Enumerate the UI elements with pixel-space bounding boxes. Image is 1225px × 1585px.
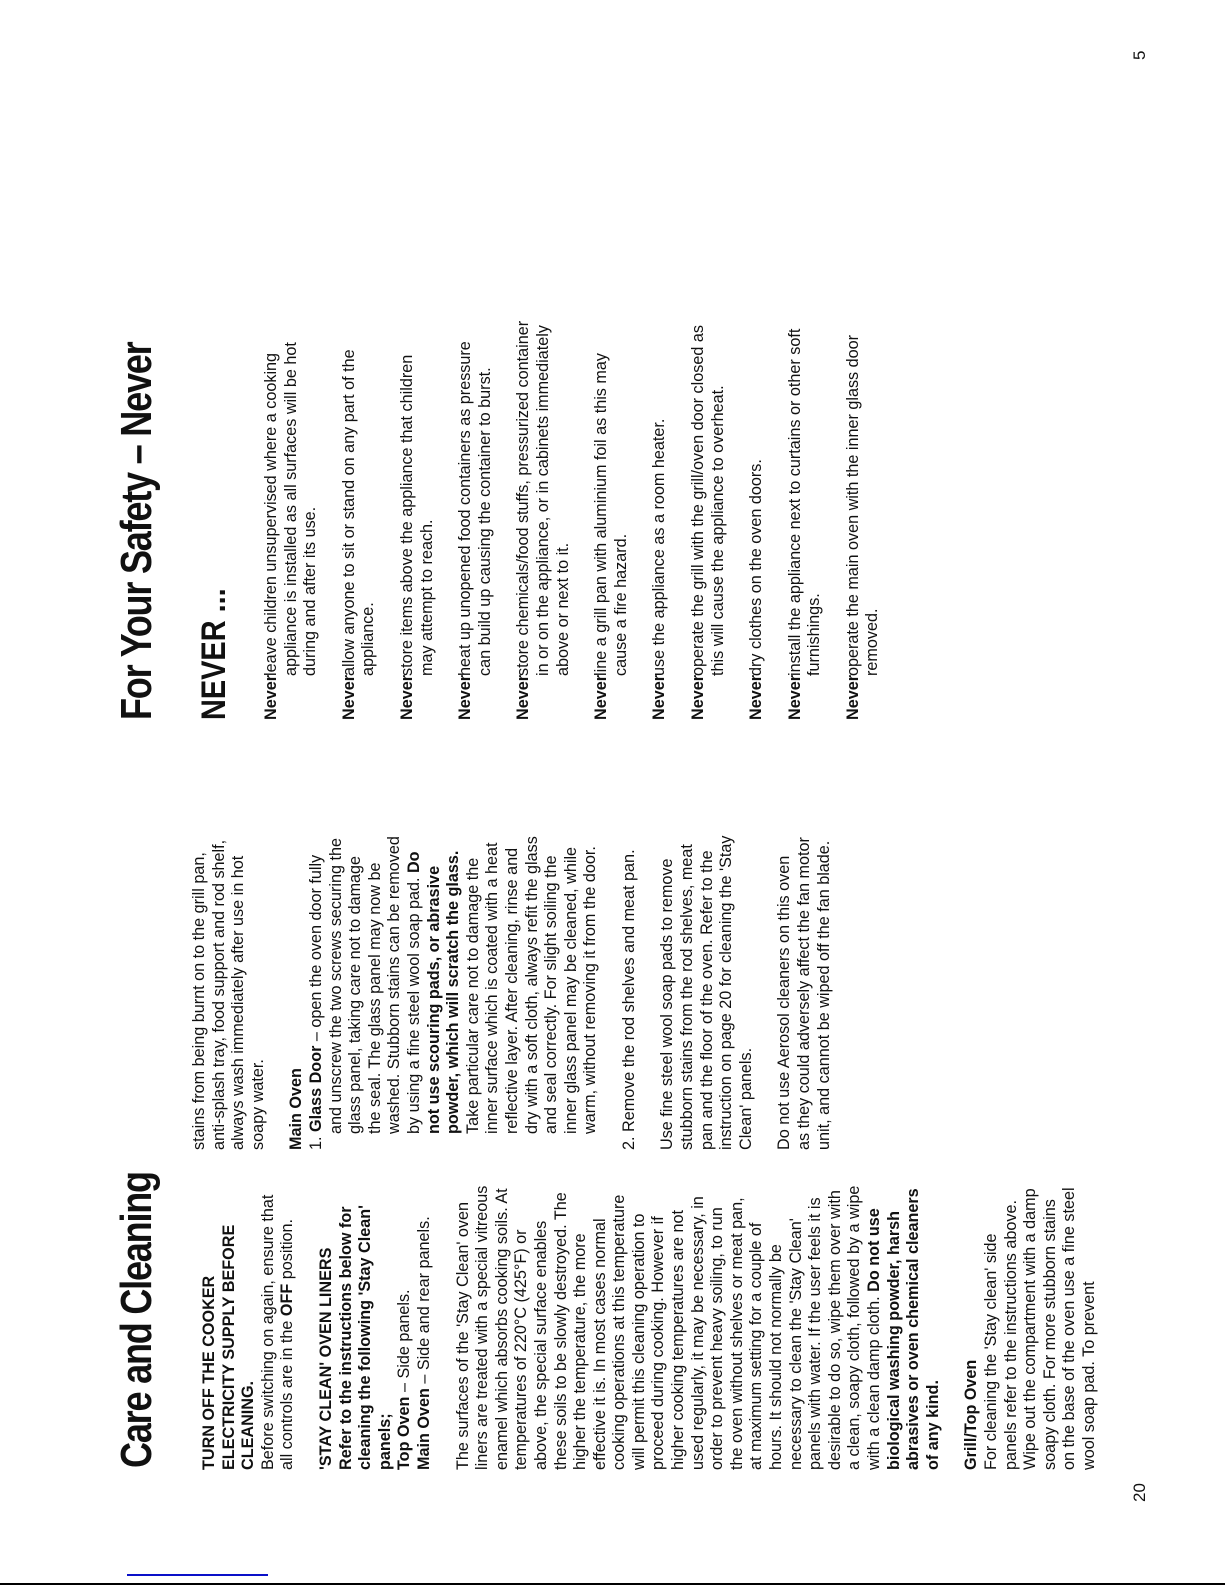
- never-keyword: Never: [514, 676, 573, 720]
- never-keyword: Never: [592, 676, 631, 720]
- steel-wool-paragraph: Use fine steel wool soap pads to remove …: [658, 835, 756, 1150]
- power-off-heading: TURN OFF THE COOKER ELECTRICITY SUPPLY B…: [200, 1225, 257, 1470]
- left-page-column-1: TURN OFF THE COOKER ELECTRICITY SUPPLY B…: [200, 1185, 1119, 1470]
- never-item: Neverheat up unopened food containers as…: [456, 320, 495, 720]
- page-title-for-your-safety: For Your Safety – Never: [112, 343, 162, 720]
- never-item: Neveroperate the main oven with the inne…: [844, 320, 883, 720]
- main-oven-section: Main Oven 1. Glass Door – open the oven …: [287, 835, 639, 1150]
- never-item-text: use the appliance as a room heater.: [650, 320, 670, 676]
- left-page-column-2: stains from being burnt on to the grill …: [190, 835, 853, 1150]
- scan-artifact-bar: [127, 1574, 268, 1576]
- page-title-care-and-cleaning: Care and Cleaning: [112, 1172, 162, 1468]
- grill-body: For cleaning the 'Stay clean' side panel…: [982, 1187, 1098, 1470]
- never-keyword: Never: [689, 676, 728, 720]
- never-subtitle: NEVER ...: [195, 588, 234, 720]
- grill-continued: stains from being burnt on to the grill …: [190, 835, 268, 1150]
- never-keyword: Never: [747, 676, 767, 720]
- never-item: Neveroperate the grill with the grill/ov…: [689, 320, 728, 720]
- top-oven-label: Top Oven: [395, 1397, 413, 1470]
- never-item: Neveruse the appliance as a room heater.: [650, 320, 670, 720]
- never-item-text: allow anyone to sit or stand on any part…: [340, 320, 379, 676]
- never-list: Neverleave children unsupervised where a…: [262, 320, 902, 720]
- never-keyword: Never: [456, 676, 495, 720]
- step-1-more: Take particular care not to damage the i…: [464, 836, 600, 1134]
- never-item: Neverallow anyone to sit or stand on any…: [340, 320, 379, 720]
- grill-heading: Grill/Top Oven: [962, 1360, 980, 1470]
- liners-subheading: Refer to the instructions below for clea…: [337, 1205, 394, 1470]
- never-item: Neverstore items above the appliance tha…: [398, 320, 437, 720]
- never-item: Neverstore chemicals/food stuffs, pressu…: [514, 320, 573, 720]
- step-2-number: 2.: [620, 1136, 638, 1150]
- never-item-text: leave children unsupervised where a cook…: [262, 320, 321, 676]
- aerosol-paragraph: Do not use Aerosol cleaners on this oven…: [775, 835, 834, 1150]
- page-number-20: 20: [1130, 1483, 1150, 1502]
- off-keyword: OFF: [278, 1284, 296, 1316]
- never-keyword: Never: [262, 676, 321, 720]
- never-keyword: Never: [398, 676, 437, 720]
- step-2-text: Remove the rod shelves and meat pan.: [620, 849, 638, 1132]
- never-item-text: store chemicals/food stuffs, pressurized…: [514, 320, 573, 676]
- step-1-number: 1.: [307, 1136, 325, 1150]
- liners-body-text: The surfaces of the 'Stay Clean' oven li…: [454, 1186, 883, 1470]
- step-1-label: Glass Door: [307, 1046, 325, 1132]
- never-item-text: operate the main oven with the inner gla…: [844, 320, 883, 676]
- never-item-text: dry clothes on the oven doors.: [747, 320, 767, 676]
- grill-top-oven-section: Grill/Top Oven For cleaning the 'Stay cl…: [962, 1185, 1099, 1470]
- liners-heading: 'STAY CLEAN' OVEN LINERS: [317, 1248, 335, 1470]
- step-1-glass-door: 1. Glass Door – open the oven door fully…: [307, 835, 601, 1150]
- never-item-text: install the appliance next to curtains o…: [786, 320, 825, 676]
- top-oven-text: – Side panels.: [395, 1289, 413, 1396]
- liners-body-paragraph: The surfaces of the 'Stay Clean' oven li…: [454, 1185, 944, 1470]
- never-item-text: operate the grill with the grill/oven do…: [689, 320, 728, 676]
- main-oven-label: Main Oven: [415, 1388, 433, 1470]
- never-keyword: Never: [340, 676, 379, 720]
- main-oven-heading: Main Oven: [287, 835, 307, 1150]
- never-item: Neverleave children unsupervised where a…: [262, 320, 321, 720]
- never-item-text: line a grill pan with aluminium foil as …: [592, 320, 631, 676]
- main-oven-text: – Side and rear panels.: [415, 1216, 433, 1388]
- never-keyword: Never: [650, 676, 670, 720]
- scanned-document-spread: Care and Cleaning TURN OFF THE COOKER EL…: [0, 0, 1225, 1585]
- page-number-5: 5: [1130, 51, 1150, 60]
- power-off-warning: TURN OFF THE COOKER ELECTRICITY SUPPLY B…: [200, 1185, 298, 1470]
- never-item-text: store items above the appliance that chi…: [398, 320, 437, 676]
- never-keyword: Never: [786, 676, 825, 720]
- never-keyword: Never: [844, 676, 883, 720]
- never-item-text: heat up unopened food containers as pres…: [456, 320, 495, 676]
- step-2-shelves: 2. Remove the rod shelves and meat pan.: [620, 835, 640, 1150]
- never-item: Neverinstall the appliance next to curta…: [786, 320, 825, 720]
- never-item: Neverline a grill pan with aluminium foi…: [592, 320, 631, 720]
- stay-clean-liners-section: 'STAY CLEAN' OVEN LINERS Refer to the in…: [317, 1185, 435, 1470]
- never-item: Neverdry clothes on the oven doors.: [747, 320, 767, 720]
- power-off-text-end: position.: [278, 1219, 296, 1284]
